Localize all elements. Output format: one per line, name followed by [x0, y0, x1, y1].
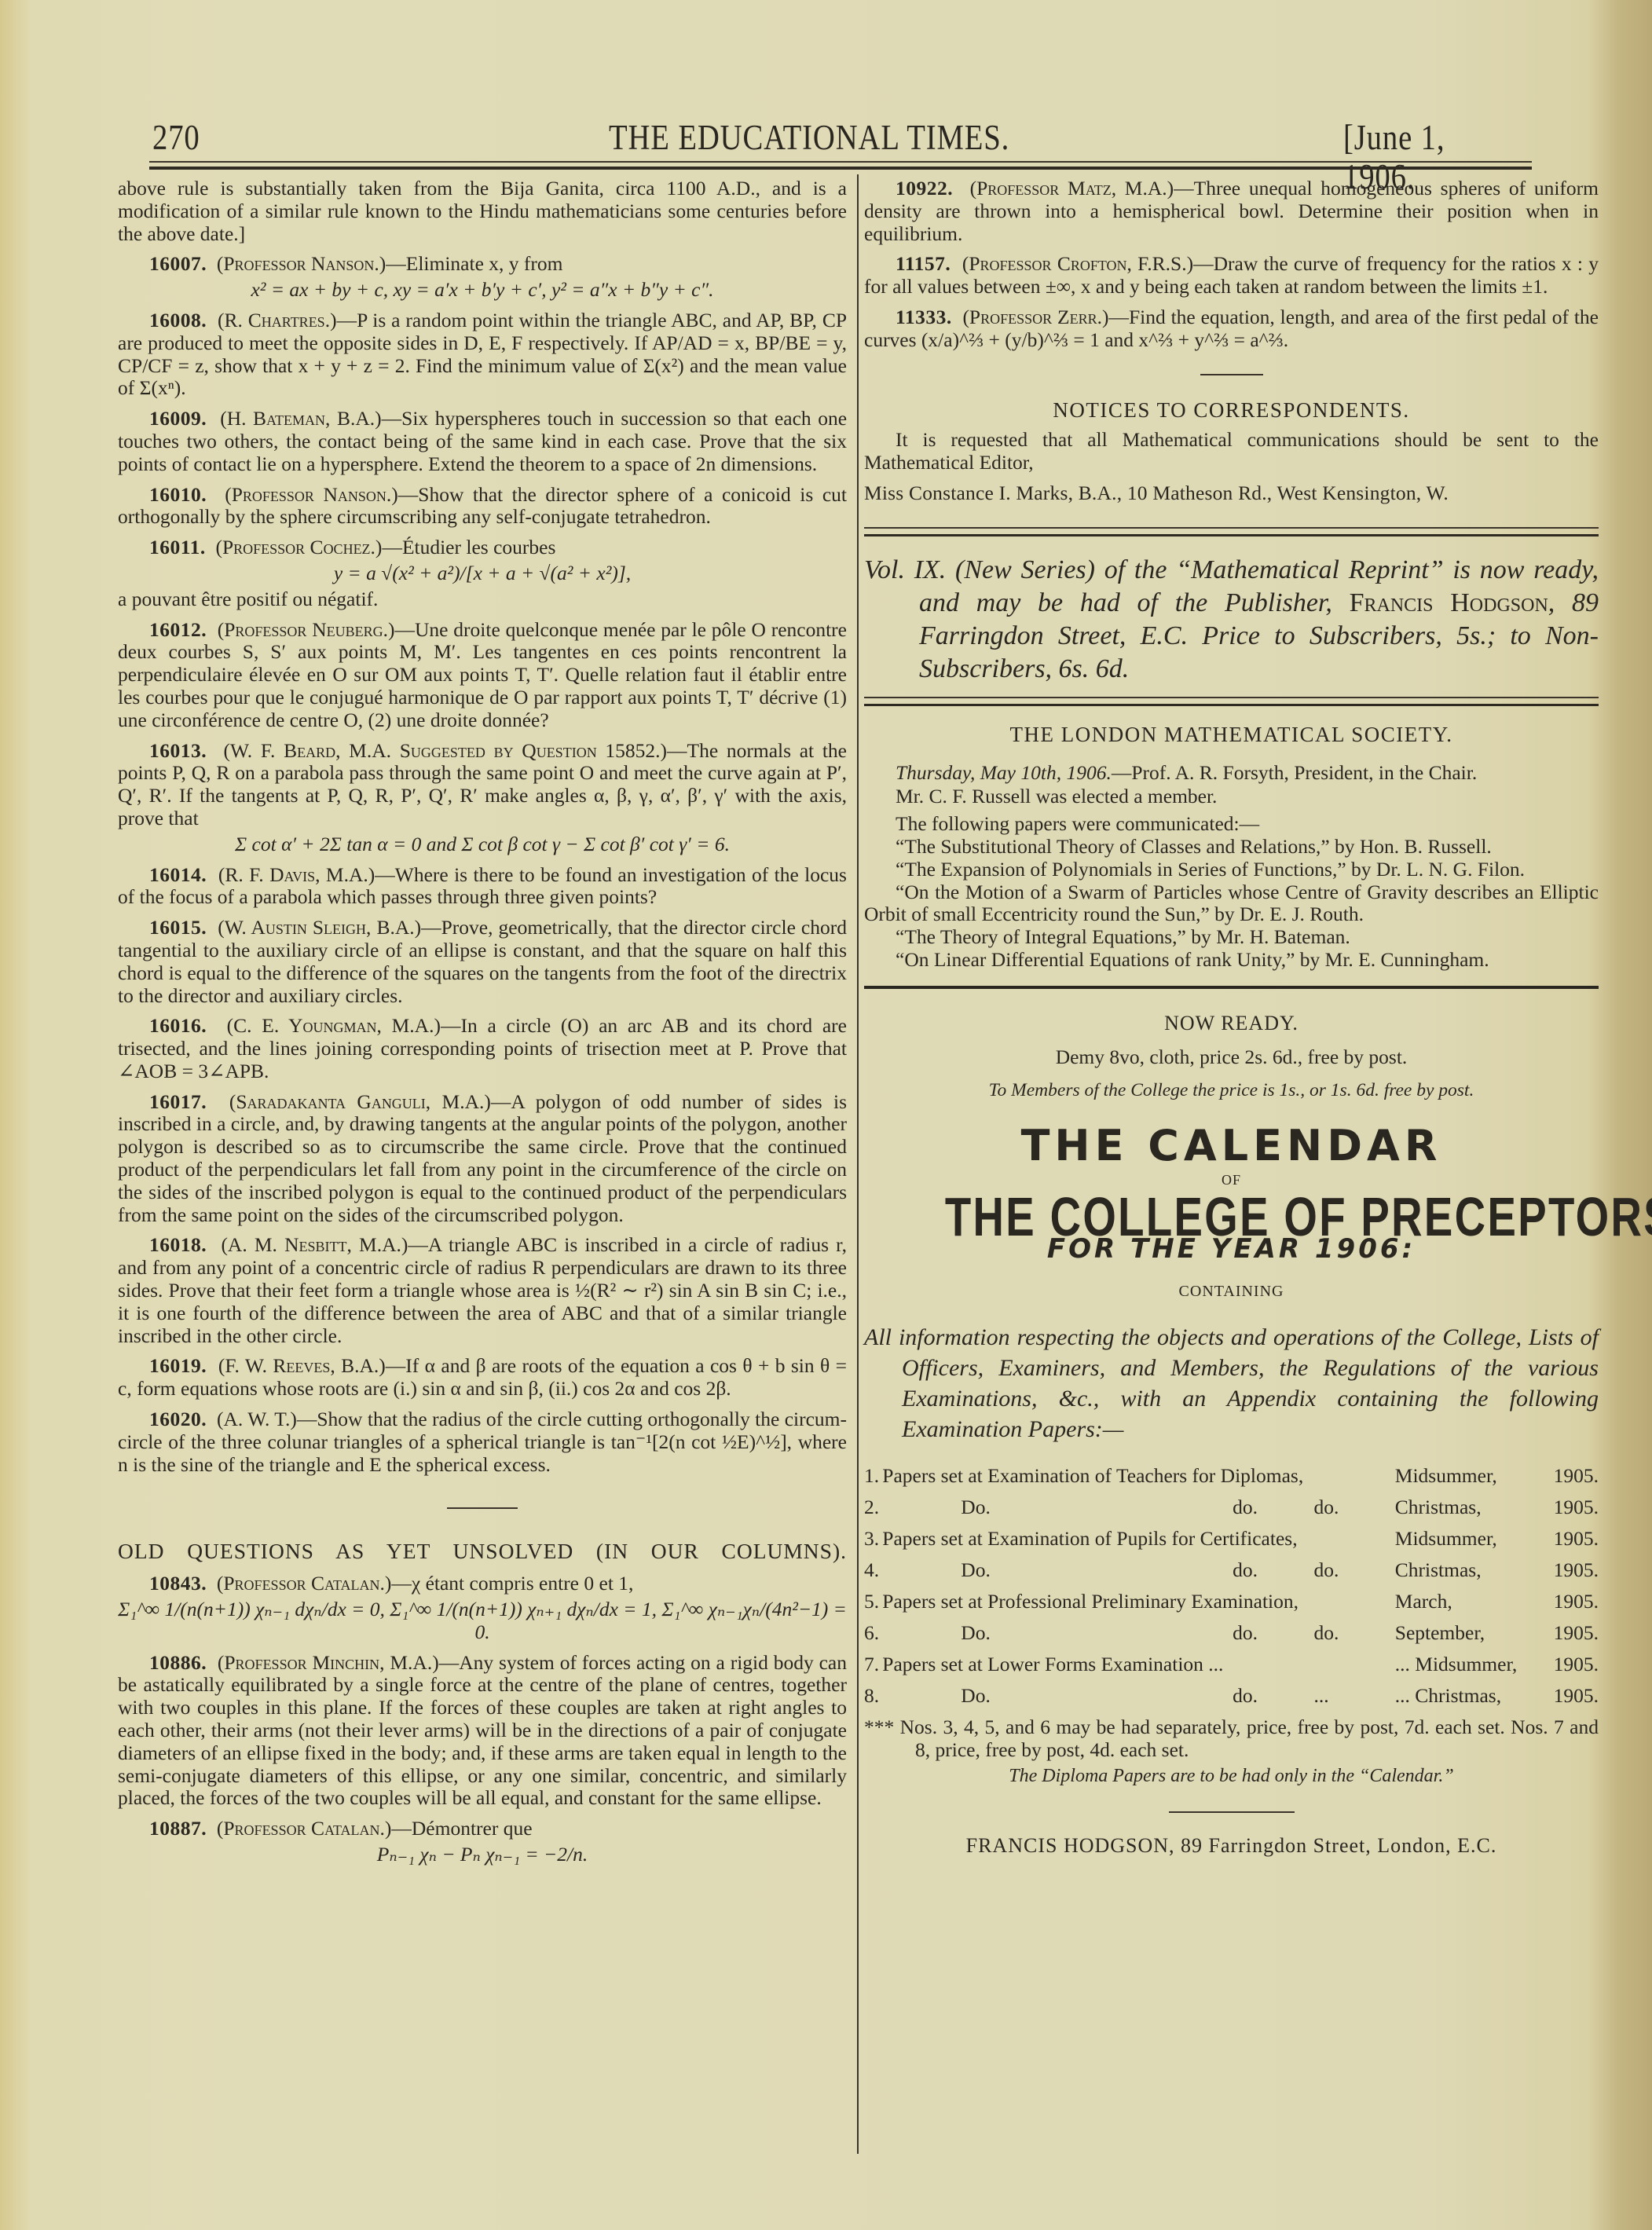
paper-no: 3.: [864, 1523, 882, 1554]
question-author: (Professor Neuberg.): [218, 618, 395, 641]
question-number: 16011.: [149, 536, 206, 558]
editor-address: Miss Constance I. Marks, B.A., 10 Mathes…: [864, 482, 1599, 505]
paper-season: Christmas,: [1395, 1492, 1544, 1523]
paper-season: Christmas,: [1395, 1554, 1544, 1586]
left-column: above rule is substantially taken from t…: [118, 178, 847, 1869]
paper-no: 1.: [864, 1460, 882, 1492]
header-rule-thick: [149, 167, 1532, 170]
lms-heading: THE LONDON MATHEMATICAL SOCIETY.: [864, 723, 1599, 746]
paper-season: March,: [1395, 1586, 1544, 1617]
question-text: —Étudier les courbes: [382, 536, 555, 558]
question-text: —Any system of forces acting on a rigid …: [118, 1651, 847, 1810]
paper-ditto: ...: [1313, 1680, 1394, 1712]
question-author: (Professor Nanson.): [217, 252, 386, 275]
question-number: 16007.: [149, 252, 207, 275]
question-author: (C. E. Youngman, M.A.): [227, 1014, 441, 1037]
double-rule: [864, 697, 1599, 706]
paper-desc: Papers set at Examination of Teachers fo…: [882, 1460, 1395, 1492]
question-10922: 10922. (Professor Matz, M.A.)—Three uneq…: [864, 178, 1599, 245]
paper-desc: Papers set at Lower Forms Examination ..…: [882, 1649, 1395, 1680]
question-16013: 16013. (W. F. Beard, M.A. Suggested by Q…: [118, 740, 847, 856]
newspaper-page: 270 THE EDUCATIONAL TIMES. [June 1, 1906…: [0, 0, 1652, 2230]
question-text: —Eliminate x, y from: [386, 252, 562, 275]
question-after-text: a pouvant être positif ou négatif.: [118, 588, 847, 611]
notices-heading: NOTICES TO CORRESPONDENTS.: [864, 399, 1599, 422]
lms-paper: “The Expansion of Polynomials in Series …: [864, 859, 1599, 881]
reprint-notice: Vol. IX. (New Series) of the “Mathematic…: [864, 554, 1599, 686]
question-equation: Σ cot α′ + 2Σ tan α = 0 and Σ cot β cot …: [118, 833, 847, 856]
question-number: 16019.: [149, 1354, 207, 1377]
paper-row: 6.Do.do.do.September,1905.: [864, 1617, 1599, 1649]
question-number: 16013.: [149, 739, 207, 762]
question-author: (H. Bateman, B.A.): [220, 407, 381, 430]
paper-no: 4.: [864, 1554, 882, 1586]
notices-section: NOTICES TO CORRESPONDENTS. It is request…: [864, 399, 1599, 505]
question-author: (Professor Cochez.): [215, 536, 382, 558]
paper-row: 8.Do.do....... Christmas,1905.: [864, 1680, 1599, 1712]
lms-paper: “On the Motion of a Swarm of Particles w…: [864, 881, 1599, 927]
question-11333: 11333. (Professor Zerr.)—Find the equati…: [864, 306, 1599, 352]
question-author: (A. W. T.): [217, 1408, 297, 1430]
right-column: 10922. (Professor Matz, M.A.)—Three uneq…: [864, 178, 1599, 1857]
thick-rule: [864, 986, 1599, 989]
question-10886: 10886. (Professor Minchin, M.A.)—Any sys…: [118, 1652, 847, 1811]
members-price: To Members of the College the price is 1…: [864, 1079, 1599, 1102]
paper-year: 1905.: [1544, 1523, 1599, 1554]
question-16016: 16016. (C. E. Youngman, M.A.)—In a circl…: [118, 1015, 847, 1082]
question-number: 10887.: [149, 1817, 207, 1840]
question-16014: 16014. (R. F. Davis, M.A.)—Where is ther…: [118, 864, 847, 910]
question-author: (R. F. Davis, M.A.): [218, 863, 375, 886]
reprint-line1: Vol. IX. (New Series) of the “Mathematic…: [864, 555, 1444, 584]
question-16010: 16010. (Professor Nanson.)—Show that the…: [118, 484, 847, 529]
question-author: (Professor Crofton, F.R.S.): [962, 252, 1193, 275]
question-author: (W. Austin Sleigh, B.A.): [218, 916, 421, 939]
question-11157: 11157. (Professor Crofton, F.R.S.)—Draw …: [864, 253, 1599, 298]
question-equation: y = a √(x² + a²)/[x + a + √(a² + x²)],: [118, 562, 847, 585]
paper-ditto: do.: [1233, 1617, 1313, 1649]
paper-ditto: do.: [1313, 1492, 1394, 1523]
paper-ditto: do.: [1233, 1492, 1313, 1523]
paper-desc: Do.: [882, 1680, 1233, 1712]
lms-paper: “The Theory of Integral Equations,” by M…: [864, 926, 1599, 949]
lms-meeting-date: Thursday, May 10th, 1906.: [896, 761, 1112, 784]
question-author: (F. W. Reeves, B.A.): [218, 1354, 386, 1377]
question-16015: 16015. (W. Austin Sleigh, B.A.)—Prove, g…: [118, 917, 847, 1007]
question-10887: 10887. (Professor Catalan.)—Démontrer qu…: [118, 1818, 847, 1866]
lms-section: THE LONDON MATHEMATICAL SOCIETY. Thursda…: [864, 723, 1599, 972]
question-text: —χ étant compris entre 0 et 1,: [391, 1572, 633, 1595]
paper-ditto: do.: [1313, 1617, 1394, 1649]
question-number: 16008.: [149, 309, 207, 331]
question-16008: 16008. (R. Chartres.)—P is a random poin…: [118, 309, 847, 400]
question-author: (Professor Minchin, M.A.): [218, 1651, 439, 1674]
question-number: 16010.: [149, 483, 207, 506]
separate-sale-note: *** Nos. 3, 4, 5, and 6 may be had separ…: [864, 1716, 1599, 1762]
now-ready: NOW READY.: [864, 1012, 1599, 1035]
double-rule: [864, 527, 1599, 536]
paper-season: Midsummer,: [1395, 1523, 1544, 1554]
question-16020: 16020. (A. W. T.)—Show that the radius o…: [118, 1408, 847, 1476]
examination-papers-list: 1.Papers set at Examination of Teachers …: [864, 1460, 1599, 1712]
paper-season: September,: [1395, 1617, 1544, 1649]
question-number: 11333.: [896, 306, 952, 328]
paper-season: ... Christmas,: [1395, 1680, 1544, 1712]
paper-desc: Do.: [882, 1554, 1233, 1586]
paper-no: 8.: [864, 1680, 882, 1712]
question-10843: 10843. (Professor Catalan.)—χ étant comp…: [118, 1573, 847, 1643]
question-author: (A. M. Nesbitt, M.A.): [221, 1233, 408, 1256]
paper-year: 1905.: [1544, 1492, 1599, 1523]
paper-year: 1905.: [1544, 1586, 1599, 1617]
publisher-footer: FRANCIS HODGSON, 89 Farringdon Street, L…: [864, 1835, 1599, 1858]
question-number: 11157.: [896, 252, 951, 275]
paper-ditto: do.: [1233, 1680, 1313, 1712]
paper-no: 6.: [864, 1617, 882, 1649]
diploma-note: The Diploma Papers are to be had only in…: [864, 1765, 1599, 1788]
intro-paragraph: above rule is substantially taken from t…: [118, 178, 847, 245]
paper-row: 1.Papers set at Examination of Teachers …: [864, 1460, 1599, 1492]
page-header: 270 THE EDUCATIONAL TIMES. [June 1, 1906…: [149, 118, 1534, 157]
calendar-description: All information respecting the objects a…: [864, 1322, 1599, 1445]
question-number: 16016.: [149, 1014, 207, 1037]
lms-elected: Mr. C. F. Russell was elected a member.: [864, 785, 1599, 808]
paper-year: 1905.: [1544, 1680, 1599, 1712]
section-separator: [1200, 374, 1263, 375]
paper-season: ... Midsummer,: [1395, 1649, 1544, 1680]
paper-no: 7.: [864, 1649, 882, 1680]
question-16009: 16009. (H. Bateman, B.A.)—Six hyperspher…: [118, 408, 847, 475]
calendar-advertisement: NOW READY. Demy 8vo, cloth, price 2s. 6d…: [864, 1012, 1599, 1858]
paper-no: 5.: [864, 1586, 882, 1617]
paper-row: 3.Papers set at Examination of Pupils fo…: [864, 1523, 1599, 1554]
publication-title: THE EDUCATIONAL TIMES.: [609, 118, 1009, 157]
question-16017: 16017. (Saradakanta Ganguli, M.A.)—A pol…: [118, 1091, 847, 1227]
question-author: (R. Chartres.): [218, 309, 337, 331]
lms-meeting-text: —Prof. A. R. Forsyth, President, in the …: [1112, 761, 1477, 784]
question-number: 16017.: [149, 1090, 207, 1113]
notices-text: It is requested that all Mathematical co…: [864, 429, 1599, 474]
column-divider: [857, 174, 859, 2154]
calendar-title: THE CALENDAR: [864, 1135, 1599, 1158]
question-number: 10843.: [149, 1572, 207, 1595]
lms-intro: The following papers were communicated:—: [864, 813, 1599, 836]
question-16012: 16012. (Professor Neuberg.)—Une droite q…: [118, 619, 847, 732]
question-16018: 16018. (A. M. Nesbitt, M.A.)—A triangle …: [118, 1234, 847, 1347]
lms-paper: “The Substitutional Theory of Classes an…: [864, 836, 1599, 859]
paper-desc: Do.: [882, 1492, 1233, 1523]
lms-paper: “On Linear Differential Equations of ran…: [864, 949, 1599, 972]
paper-desc: Papers set at Professional Preliminary E…: [882, 1586, 1395, 1617]
paper-row: 2.Do.do.do.Christmas,1905.: [864, 1492, 1599, 1523]
header-rule-thin: [149, 161, 1532, 163]
question-16019: 16019. (F. W. Reeves, B.A.)—If α and β a…: [118, 1355, 847, 1401]
question-number: 16014.: [149, 863, 207, 886]
calendar-price: Demy 8vo, cloth, price 2s. 6d., free by …: [864, 1046, 1599, 1069]
question-author: (W. F. Beard, M.A. Suggested by Question…: [224, 739, 667, 762]
question-equation: Pₙ₋₁ χₙ − Pₙ χₙ₋₁ = −2/n.: [118, 1844, 847, 1866]
question-author: (Professor Catalan.): [217, 1572, 392, 1595]
paper-ditto: do.: [1313, 1554, 1394, 1586]
paper-desc: Papers set at Examination of Pupils for …: [882, 1523, 1395, 1554]
question-number: 16020.: [149, 1408, 207, 1430]
paper-year: 1905.: [1544, 1460, 1599, 1492]
question-number: 10922.: [896, 177, 953, 200]
section-separator: [447, 1507, 518, 1509]
page-number: 270: [152, 118, 200, 157]
question-author: (Professor Catalan.): [217, 1817, 392, 1840]
question-16007: 16007. (Professor Nanson.)—Eliminate x, …: [118, 253, 847, 302]
footer-rule: [1169, 1811, 1295, 1813]
paper-year: 1905.: [1544, 1554, 1599, 1586]
question-author: (Professor Zerr.): [962, 306, 1108, 328]
paper-season: Midsummer,: [1395, 1460, 1544, 1492]
paper-row: 4.Do.do.do.Christmas,1905.: [864, 1554, 1599, 1586]
paper-row: 5.Papers set at Professional Preliminary…: [864, 1586, 1599, 1617]
question-number: 10886.: [149, 1651, 207, 1674]
question-number: 16015.: [149, 916, 207, 939]
old-questions-heading: OLD QUESTIONS AS YET UNSOLVED (IN OUR CO…: [118, 1540, 847, 1563]
question-16011: 16011. (Professor Cochez.)—Étudier les c…: [118, 536, 847, 610]
question-equation: x² = ax + by + c, xy = a′x + b′y + c′, y…: [118, 279, 847, 302]
question-equation: Σ₁^∞ 1/(n(n+1)) χₙ₋₁ dχₙ/dx = 0, Σ₁^∞ 1/…: [118, 1598, 847, 1644]
paper-year: 1905.: [1544, 1617, 1599, 1649]
paper-row: 7.Papers set at Lower Forms Examination …: [864, 1649, 1599, 1680]
paper-no: 2.: [864, 1492, 882, 1523]
paper-year: 1905.: [1544, 1649, 1599, 1680]
reprint-publisher: Francis Hodgson: [1350, 588, 1548, 617]
question-number: 16012.: [149, 618, 207, 641]
question-author: (Professor Nanson.): [225, 483, 398, 506]
question-author: (Saradakanta Ganguli, M.A.): [229, 1090, 491, 1113]
question-number: 16009.: [149, 407, 207, 430]
question-text: —Démontrer que: [391, 1817, 532, 1840]
containing-label: CONTAINING: [864, 1280, 1599, 1303]
paper-desc: Do.: [882, 1617, 1233, 1649]
college-title: THE COLLEGE OF PRECEPTORS: [945, 1206, 1518, 1229]
question-author: (Professor Matz, M.A.): [970, 177, 1174, 200]
paper-ditto: do.: [1233, 1554, 1313, 1586]
question-number: 16018.: [149, 1233, 207, 1256]
